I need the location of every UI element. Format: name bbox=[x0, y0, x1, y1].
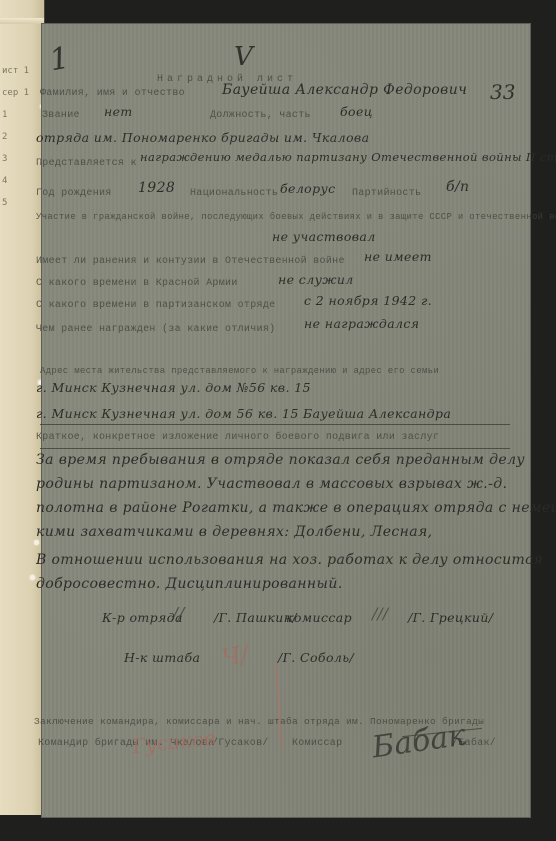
feat-line: В отношении использования на хоз. работа… bbox=[36, 552, 543, 568]
chief-of-staff-name: /Г. Соболь/ bbox=[278, 650, 354, 665]
feat-label: Краткое, конкретное изложение личного бо… bbox=[36, 432, 439, 443]
field-label-previous-awards: Чем ранее награжден (за какие отличия) bbox=[36, 324, 275, 335]
red-pencil-mark: Ч/ bbox=[219, 640, 251, 673]
field-value-wounds: не имеет bbox=[364, 249, 432, 264]
mark: 4 bbox=[2, 170, 29, 192]
brigade-commander-name: /Гусаков/ bbox=[212, 738, 269, 749]
commander-name: /Г. Пашкин/ bbox=[214, 610, 297, 625]
field-label-red-army: С какого времени в Красной Армии bbox=[36, 278, 238, 289]
field-value-party: б/п bbox=[446, 179, 469, 195]
field-label-recommended: Представляется к bbox=[36, 158, 137, 169]
field-label-party: Партийность bbox=[352, 188, 421, 199]
mark: 5 bbox=[2, 192, 29, 214]
address-underline bbox=[40, 424, 510, 425]
field-value-position: боец bbox=[340, 104, 373, 119]
commander-signature: // bbox=[172, 604, 184, 625]
commissar-name: /Г. Грецкий/ bbox=[408, 610, 493, 625]
field-value-birth-year: 1928 bbox=[138, 180, 175, 196]
mark: 2 bbox=[2, 126, 29, 148]
page-fold bbox=[0, 18, 44, 24]
feat-line: добросовестно. Дисциплинированный. bbox=[36, 576, 343, 592]
award-sheet: 1 V 33 Наградной лист Фамилия, имя и отч… bbox=[42, 24, 530, 817]
field-label-partisan-since: С какого времени в партизанском отряде bbox=[36, 300, 275, 311]
feat-line: кими захватчиками в деревнях: Долбени, Л… bbox=[36, 524, 433, 540]
corner-mark: 1 bbox=[47, 41, 72, 79]
mark: 1 bbox=[2, 104, 29, 126]
field-value-rank: нет bbox=[104, 104, 133, 119]
field-label-civil-war: Участие в гражданской войне, последующих… bbox=[36, 212, 556, 222]
address-line-2: г. Минск Кузнечная ул. дом 56 кв. 15 Бау… bbox=[36, 406, 451, 421]
mark: сер 1 bbox=[2, 82, 29, 104]
sheet-number: 33 bbox=[490, 80, 515, 104]
top-check-mark: V bbox=[234, 42, 253, 72]
feat-line: За время пребывания в отряде показал себ… bbox=[36, 452, 525, 468]
field-label-position: Должность, часть bbox=[210, 110, 311, 121]
field-label-wounds: Имеет ли ранения и контузии в Отечествен… bbox=[36, 256, 345, 267]
field-value-unit: отряда им. Пономаренко бригады им. Чкало… bbox=[36, 130, 369, 145]
red-pencil-line bbox=[275, 664, 283, 749]
field-value-partisan-since: с 2 ноября 1942 г. bbox=[304, 293, 432, 308]
field-value-previous-awards: не награждался bbox=[304, 316, 419, 331]
brigade-commander-red-signature: Гусаков bbox=[131, 726, 217, 759]
field-value-nationality: белорус bbox=[280, 181, 336, 196]
feat-line: родины партизаном. Участвовал в массовых… bbox=[36, 476, 507, 492]
address-label: Адрес места жительства представляемого к… bbox=[40, 366, 439, 376]
binding-hole bbox=[30, 575, 35, 580]
field-value-civil-war: не участвовал bbox=[272, 229, 376, 244]
commissar-label: комиссар bbox=[286, 610, 352, 625]
field-label-rank: Звание bbox=[42, 110, 80, 121]
chief-of-staff-label: Н-к штаба bbox=[124, 650, 200, 665]
binding-hole bbox=[34, 540, 39, 545]
field-value-name: Бауейша Александр Федорович bbox=[222, 82, 467, 98]
mark: ист 1 bbox=[2, 60, 29, 82]
feat-divider bbox=[40, 448, 510, 449]
field-value-red-army: не служил bbox=[278, 272, 354, 287]
commander-label: К-р отряда bbox=[102, 610, 183, 625]
brigade-commissar-label: Комиссар bbox=[292, 738, 342, 749]
feat-line: полотна в районе Рогатки, а также в опер… bbox=[36, 500, 556, 516]
mark: 3 bbox=[2, 148, 29, 170]
field-label-nationality: Национальность bbox=[190, 188, 278, 199]
address-line-1: г. Минск Кузнечная ул. дом №56 кв. 15 bbox=[36, 380, 311, 395]
field-label-birth-year: Год рождения bbox=[36, 188, 112, 199]
field-label-name: Фамилия, имя и отчество bbox=[40, 88, 185, 99]
field-value-recommended: награждению медалью партизану Отечествен… bbox=[140, 150, 556, 164]
commissar-signature: /// bbox=[372, 604, 388, 623]
underlying-page-marks: ист 1 сер 1 1 2 3 4 5 bbox=[2, 60, 29, 214]
